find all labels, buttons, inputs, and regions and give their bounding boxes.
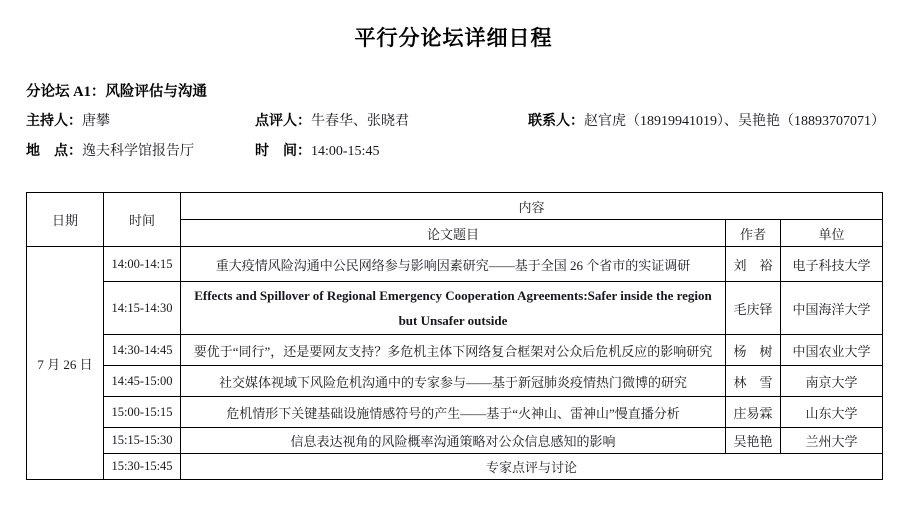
author-cell: 吴艳艳 [726,428,781,454]
affiliation-cell: 电子科技大学 [781,247,883,282]
affiliation-cell: 山东大学 [781,397,883,428]
paper-title-cell: 信息表达视角的风险概率沟通策略对公众信息感知的影响 [181,428,726,454]
time-cell: 14:45-15:00 [104,366,181,397]
author-cell: 杨 树 [726,335,781,366]
paper-title-cell: 重大疫情风险沟通中公民网络参与影响因素研究——基于全国 26 个省市的实证调研 [181,247,726,282]
affiliation-column-header: 单位 [781,220,883,247]
time-cell: 15:00-15:15 [104,397,181,428]
affiliation-cell: 南京大学 [781,366,883,397]
contact-value: 赵官虎（18919941019）、吴艳艳（18893707071） [584,114,885,129]
affiliation-cell: 中国海洋大学 [781,282,883,335]
session-time-label: 时 间： [255,144,311,159]
author-cell: 刘 裕 [726,247,781,282]
page-title: 平行分论坛详细日程 [0,22,907,52]
forum-heading: 分论坛 A1：风险评估与沟通 [26,80,207,101]
discussion-cell: 专家点评与讨论 [181,454,883,480]
author-cell: 庄易霖 [726,397,781,428]
table-row: 15:00-15:15 危机情形下关键基础设施情感符号的产生——基于“火神山、雷… [27,397,883,428]
paper-title-cell: 危机情形下关键基础设施情感符号的产生——基于“火神山、雷神山”慢直播分析 [181,397,726,428]
time-column-header: 时间 [104,193,181,247]
paper-title-column-header: 论文题目 [181,220,726,247]
table-row: 14:30-14:45 要优于“同行”，还是要网友支持？多危机主体下网络复合框架… [27,335,883,366]
author-column-header: 作者 [726,220,781,247]
time-cell: 15:30-15:45 [104,454,181,480]
time-cell: 15:15-15:30 [104,428,181,454]
commentator-field: 点评人：牛春华、张晓君 [255,110,409,130]
affiliation-cell: 中国农业大学 [781,335,883,366]
table-row: 14:45-15:00 社交媒体视域下风险危机沟通中的专家参与——基于新冠肺炎疫… [27,366,883,397]
venue-value: 逸夫科学馆报告厅 [82,144,194,159]
table-header-row-1: 日期 时间 内容 [27,193,883,220]
contact-label: 联系人： [528,114,584,129]
venue-label: 地 点： [26,144,82,159]
table-row: 7 月 26 日 14:00-14:15 重大疫情风险沟通中公民网络参与影响因素… [27,247,883,282]
table-row: 15:30-15:45 专家点评与讨论 [27,454,883,480]
paper-title-cell: 社交媒体视域下风险危机沟通中的专家参与——基于新冠肺炎疫情热门微博的研究 [181,366,726,397]
host-field: 主持人：唐攀 [26,110,110,130]
commentator-label: 点评人： [255,114,311,129]
affiliation-cell: 兰州大学 [781,428,883,454]
session-time-value: 14:00-15:45 [311,144,379,159]
venue-field: 地 点：逸夫科学馆报告厅 [26,140,194,160]
commentator-value: 牛春华、张晓君 [311,114,409,129]
time-cell: 14:15-14:30 [104,282,181,335]
time-cell: 14:30-14:45 [104,335,181,366]
paper-title-cell: 要优于“同行”，还是要网友支持？多危机主体下网络复合框架对公众后危机反应的影响研… [181,335,726,366]
date-column-header: 日期 [27,193,104,247]
host-label: 主持人： [26,114,82,129]
time-cell: 14:00-14:15 [104,247,181,282]
document-page: { "page": { "title": "平行分论坛详细日程" }, "for… [0,0,907,506]
table-row: 15:15-15:30 信息表达视角的风险概率沟通策略对公众信息感知的影响 吴艳… [27,428,883,454]
author-cell: 林 雪 [726,366,781,397]
date-cell: 7 月 26 日 [27,247,104,480]
author-cell: 毛庆铎 [726,282,781,335]
host-value: 唐攀 [82,114,110,129]
session-time-field: 时 间：14:00-15:45 [255,140,379,160]
table-row: 14:15-14:30 Effects and Spillover of Reg… [27,282,883,335]
paper-title-cell: Effects and Spillover of Regional Emerge… [181,282,726,335]
content-column-header: 内容 [181,193,883,220]
schedule-table: 日期 时间 内容 论文题目 作者 单位 7 月 26 日 14:00-14:15… [26,192,883,480]
contact-field: 联系人：赵官虎（18919941019）、吴艳艳（18893707071） [528,110,885,130]
